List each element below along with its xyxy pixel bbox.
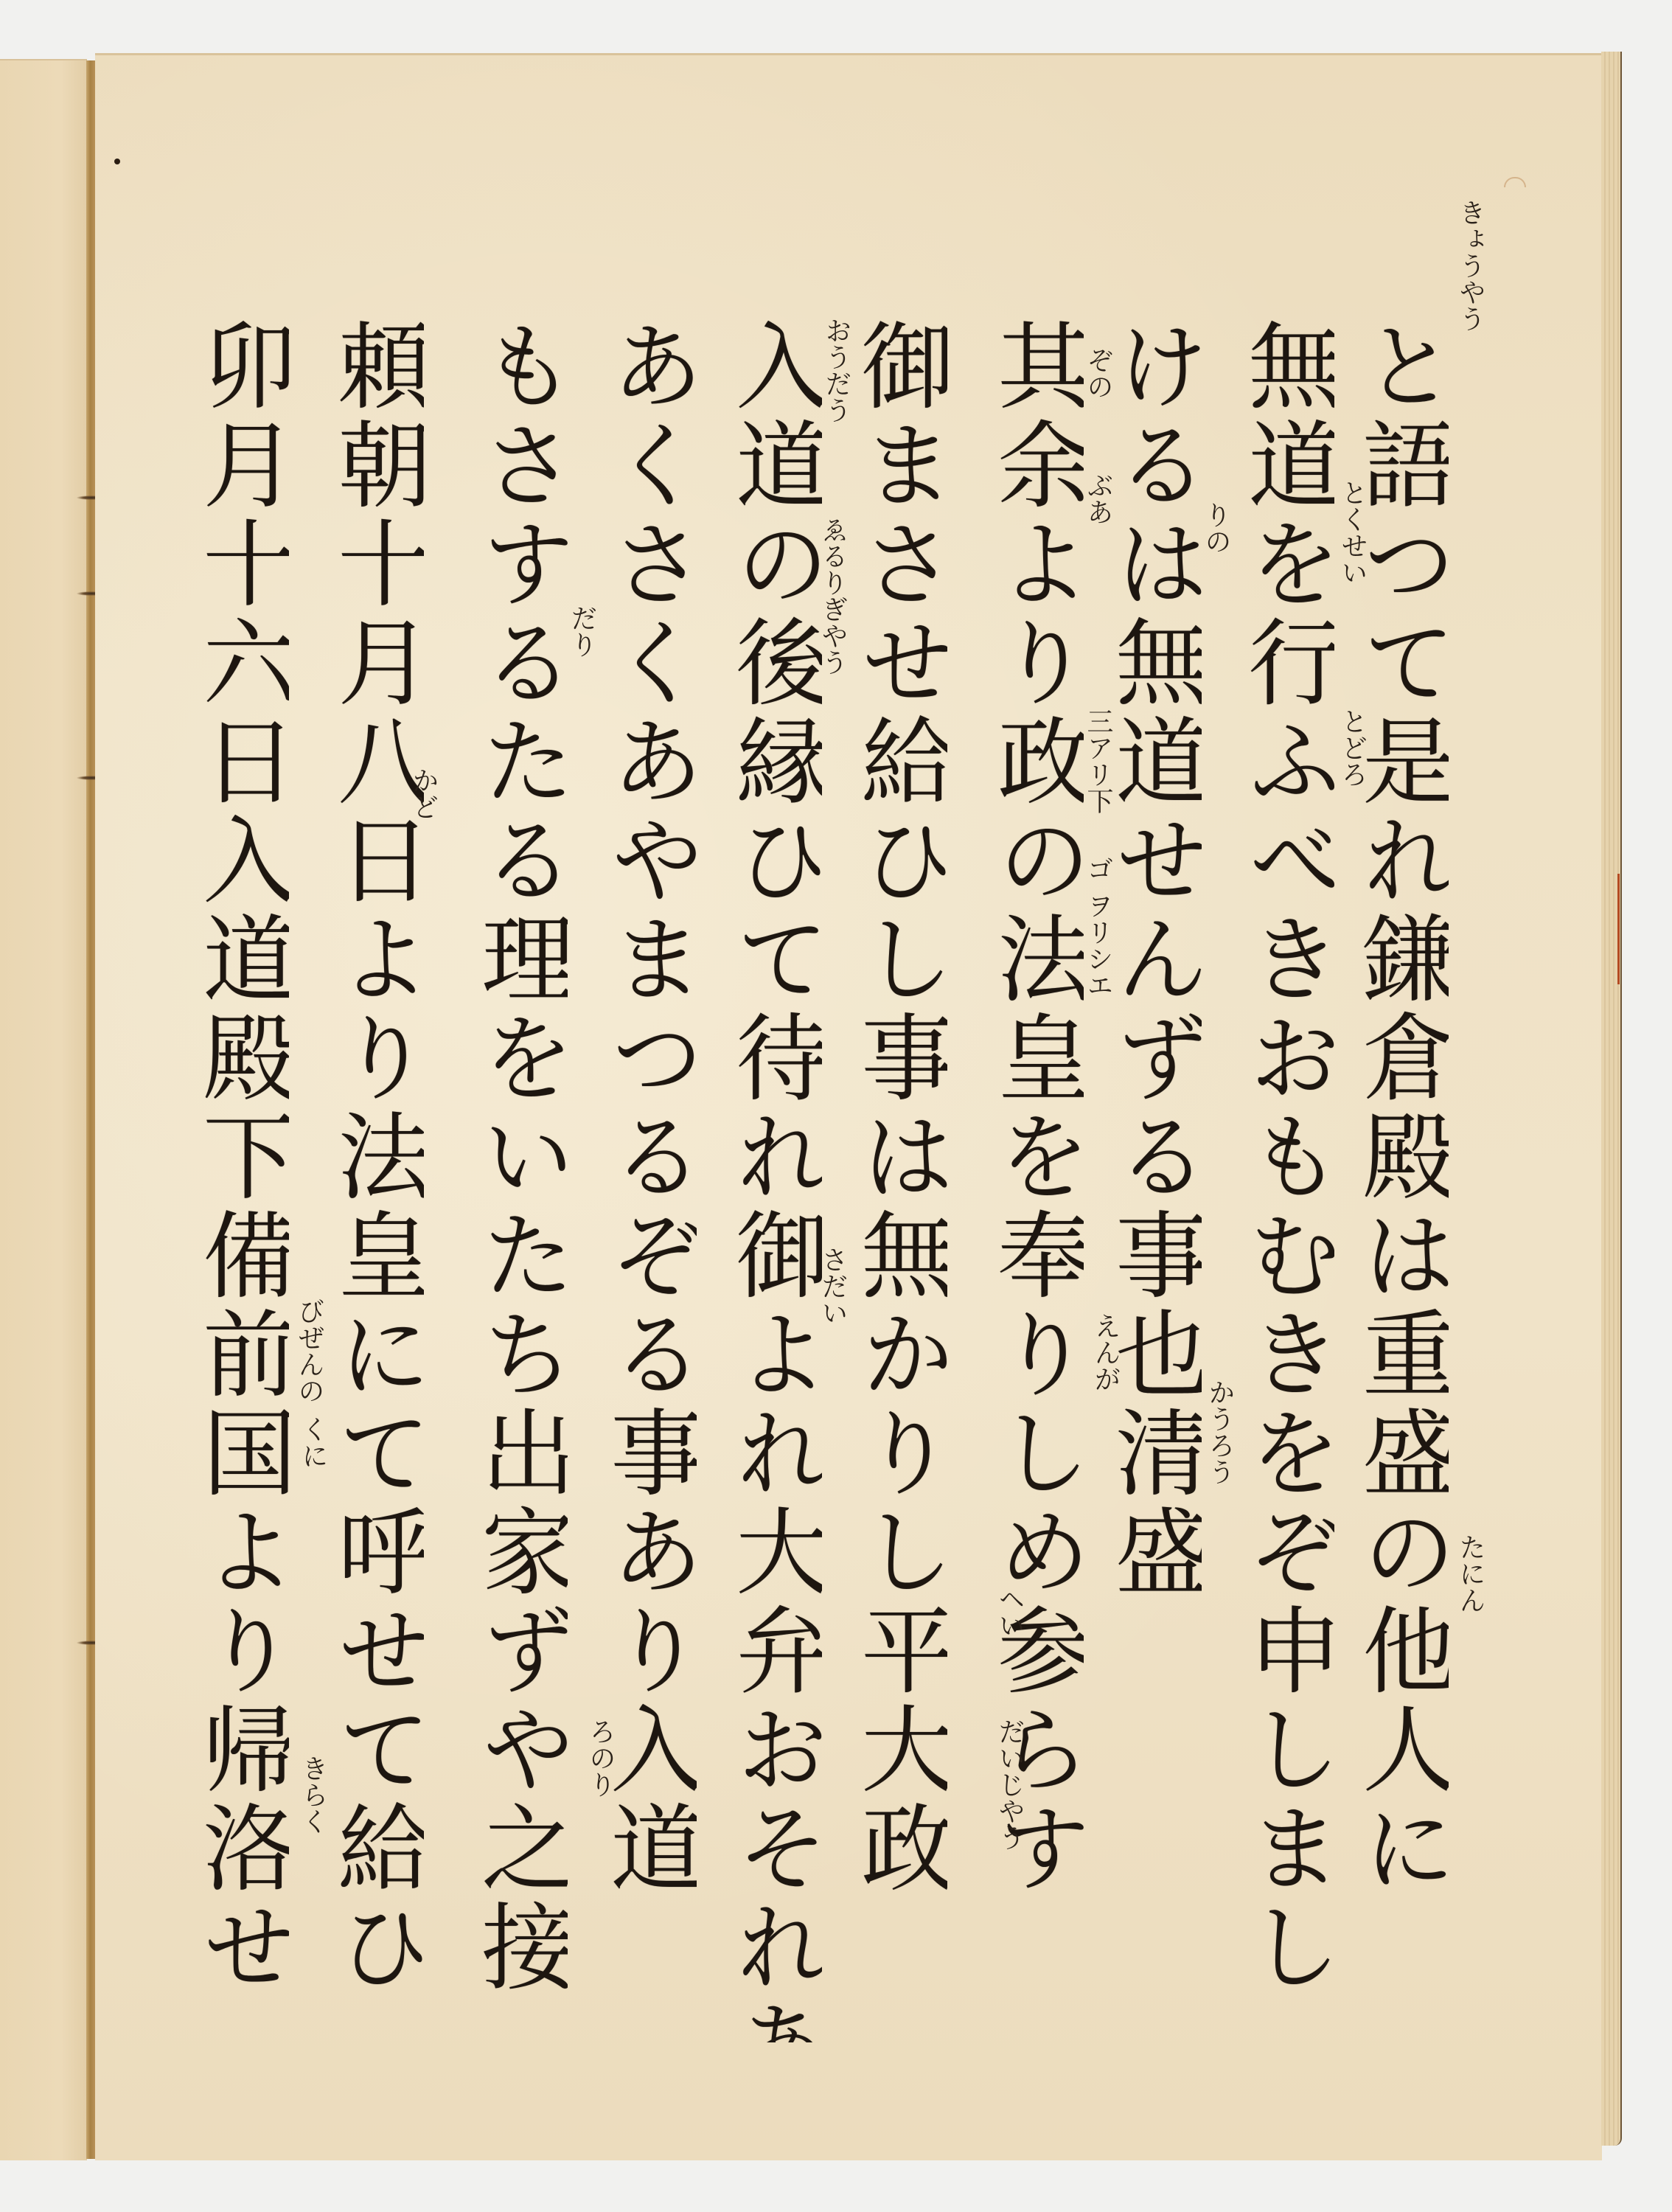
furigana: たにん xyxy=(1456,1534,1484,1613)
furigana: ゑるりぎやう xyxy=(818,516,846,675)
furigana: だいじやう xyxy=(995,1718,1023,1851)
text-column-6: 入道の後縁ひて待れ御よれ大弁おそれあ xyxy=(726,317,822,2042)
furigana: だり xyxy=(568,605,596,658)
page-edges-stack xyxy=(1601,52,1622,2146)
furigana: きょうやう xyxy=(1456,199,1484,332)
furigana: ぞの xyxy=(1084,347,1112,400)
text-column-8: もさするたる理をいたち出家ずや之接 xyxy=(472,317,568,2042)
left-page-verso xyxy=(0,59,87,2160)
text-column-3: けるは無道せんずる事也清盛 xyxy=(1106,317,1202,2042)
text-column-5: 御まさせ給ひし事は無かりし平大政 xyxy=(851,317,947,2042)
furigana: えんが xyxy=(1091,1312,1119,1392)
furigana: ろのり xyxy=(586,1718,614,1798)
furigana: さだい xyxy=(818,1246,846,1326)
furigana: かうろう xyxy=(1205,1379,1233,1485)
furigana: おうだう xyxy=(822,317,850,423)
furigana: とくせい xyxy=(1338,479,1366,585)
furigana: ヲリシエ xyxy=(1084,892,1112,998)
ink-spot xyxy=(114,159,120,164)
furigana: 三アリ下 xyxy=(1084,708,1112,814)
furigana: くに xyxy=(299,1416,327,1469)
book-gutter xyxy=(86,60,95,2159)
text-column-10: 卯月十六日入道殿下備前国より帰洛せ xyxy=(193,317,289,2042)
text-column-9: 頼朝十月八日より法皇にて呼せて給ひ xyxy=(328,317,424,2042)
furigana: とどろ xyxy=(1338,708,1366,787)
furigana: びぜんの xyxy=(295,1298,323,1404)
furigana: かど xyxy=(409,767,437,820)
furigana: きらく xyxy=(299,1755,327,1834)
furigana: ヘい xyxy=(995,1585,1023,1638)
text-column-2: 無道を行ふべきおもむきをぞ申しまし xyxy=(1239,317,1334,2042)
red-edge-mark xyxy=(1617,874,1620,984)
furigana: ゴ xyxy=(1084,855,1112,882)
furigana: ぶあ xyxy=(1084,472,1112,525)
furigana: りの xyxy=(1202,501,1230,554)
